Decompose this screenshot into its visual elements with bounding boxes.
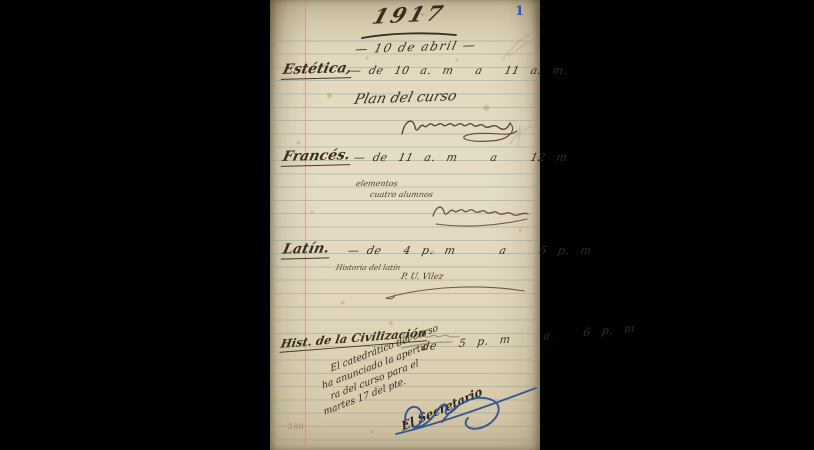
stain-spot [370,430,374,434]
signature-professor-latin: P. U. Vilez [400,272,444,282]
note-plan-del-curso: Plan del curso [353,88,459,108]
time-frances: de 11 a. m a 12 m [372,151,569,164]
note-cuatro-alumnos: cuatro alumnos [369,190,434,199]
note-historia-del-latin: Historia del latín [335,263,401,272]
stain-spot [455,58,459,62]
separator-dash: — [347,244,361,257]
separator-dash: — [349,64,363,77]
signature-rubric-estetica [396,110,521,150]
subject-estetica: Estética, [281,60,356,80]
folio-mark: 200 [288,423,304,431]
time-estetica: de 10 a. m a 11 a. m. [368,64,569,77]
bleed-through-mark [498,30,534,66]
stain-spot [310,210,314,214]
stain-spot [340,300,345,305]
stain-spot [326,92,333,99]
notebook-page: 1917 1 — 10 de abril — Estética, —de 10 … [270,0,540,450]
blue-ink-signature [388,372,540,442]
signature-rubric-frances [428,194,533,234]
note-elementos: elementos [355,179,399,188]
stain-spot [365,56,369,60]
subject-frances: Francés. [281,147,354,167]
page-number: 1 [515,4,524,19]
photo-canvas: 1917 1 — 10 de abril — Estética, —de 10 … [0,0,814,450]
latin-flourish-line [383,282,528,302]
stain-spot [296,140,301,145]
subject-latin: Latín. [281,240,333,259]
separator-dash: — [353,151,367,164]
year-heading: 1917 [369,0,448,29]
time-latin: de 4 p. m a 5 p. m [366,244,593,257]
date-line: — 10 de abril — [354,38,479,56]
